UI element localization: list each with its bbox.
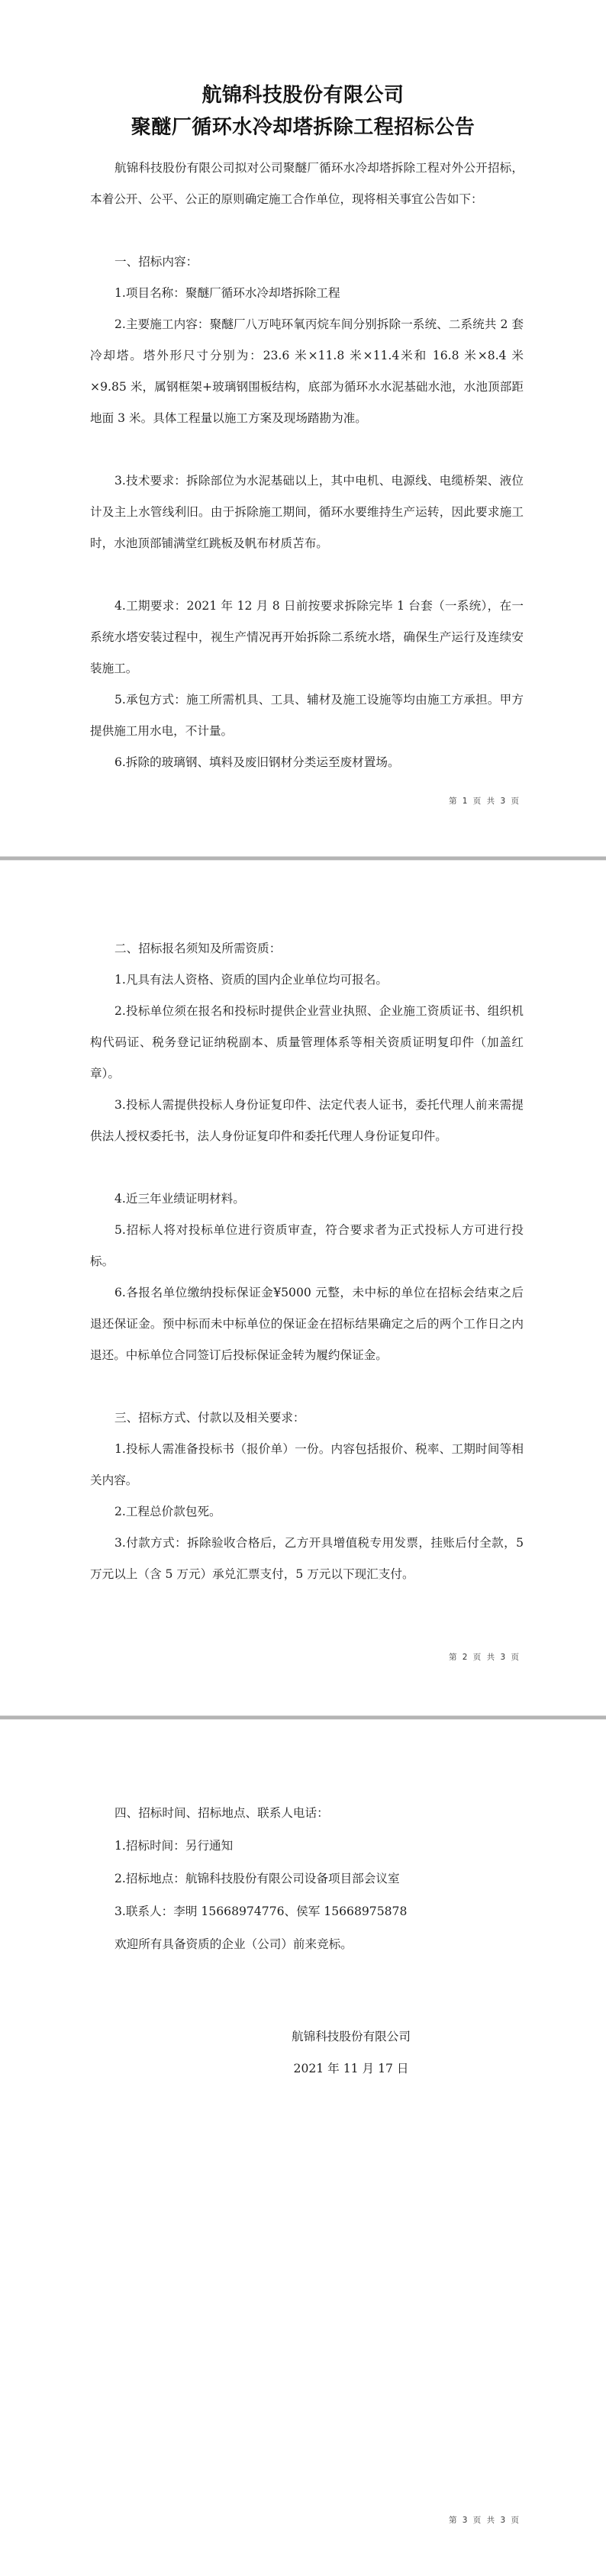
section-3-item-3: 3.付款方式：拆除验收合格后，乙方开具增值税专用发票，挂账后付全款，5 万元以上…	[90, 1528, 524, 1590]
intro-paragraph: 航锦科技股份有限公司拟对公司聚醚厂循环水冷却塔拆除工程对外公开招标，本着公开、公…	[90, 153, 524, 215]
section-1-item-5: 5.承包方式：施工所需机具、工具、辅材及施工设施等均由施工方承担。甲方提供施工用…	[90, 684, 524, 747]
signature-date: 2021 年 11 月 17 日	[275, 2059, 427, 2076]
section-2-item-3: 3.投标人需提供投标人身份证复印件、法定代表人证书，委托代理人前来需提供法人授权…	[90, 1090, 524, 1152]
section-4-heading: 四、招标时间、招标地点、联系人电话：	[114, 1798, 524, 1829]
section-1-item-2: 2.主要施工内容：聚醚厂八万吨环氧丙烷车间分别拆除一系统、二系统共 2 套冷却塔…	[90, 309, 524, 434]
section-2-heading: 二、招标报名须知及所需资质：	[90, 933, 524, 964]
section-1-item-1: 1.项目名称：聚醚厂循环水冷却塔拆除工程	[90, 278, 524, 309]
section-2-item-6: 6.各报名单位缴纳投标保证金¥5000 元整，未中标的单位在招标会结束之后退还保…	[90, 1277, 524, 1371]
section-2-item-2: 2.投标单位须在报名和投标时提供企业营业执照、企业施工资质证书、组织机构代码证、…	[90, 996, 524, 1090]
section-1-item-6: 6.拆除的玻璃钢、填料及废旧钢材分类运至废材置场。	[90, 747, 524, 778]
document-title-company: 航锦科技股份有限公司	[0, 79, 606, 108]
section-1-heading: 一、招标内容：	[90, 246, 524, 278]
section-1-item-3: 3.技术要求：拆除部位为水泥基础以上，其中电机、电源线、电缆桥架、液位计及主上水…	[90, 465, 524, 559]
signature-company: 航锦科技股份有限公司	[275, 2027, 427, 2044]
section-4-item-1: 1.招标时间：另行通知	[114, 1831, 524, 1862]
page-3: 四、招标时间、招标地点、联系人电话： 1.招标时间：另行通知 2.招标地点：航锦…	[0, 1720, 606, 2576]
document-title-notice: 聚醚厂循环水冷却塔拆除工程招标公告	[0, 111, 606, 140]
section-4-item-2: 2.招标地点：航锦科技股份有限公司设备项目部会议室	[114, 1863, 524, 1895]
section-3-item-2: 2.工程总价款包死。	[90, 1496, 524, 1528]
section-3-item-1: 1.投标人需准备投标书（报价单）一份。内容包括报价、税率、工期时间等相关内容。	[90, 1434, 524, 1496]
section-2-item-1: 1.凡具有法人资格、资质的国内企业单位均可报名。	[90, 964, 524, 996]
section-4-item-3: 3.联系人：李明 15668974776、侯军 15668975878	[114, 1896, 524, 1927]
section-1-item-4: 4.工期要求：2021 年 12 月 8 日前按要求拆除完毕 1 台套（一系统）…	[90, 591, 524, 684]
page-footer-1: 第 1 页 共 3 页	[382, 795, 521, 807]
section-2-item-4: 4.近三年业绩证明材料。	[90, 1183, 524, 1215]
section-3-heading: 三、招标方式、付款以及相关要求：	[90, 1402, 524, 1434]
page-footer-3: 第 3 页 共 3 页	[382, 2514, 521, 2526]
page-footer-2: 第 2 页 共 3 页	[382, 1651, 521, 1663]
page-1: 航锦科技股份有限公司 聚醚厂循环水冷却塔拆除工程招标公告 航锦科技股份有限公司拟…	[0, 0, 606, 858]
section-2-item-5: 5.招标人将对投标单位进行资质审查，符合要求者为正式投标人方可进行投标。	[90, 1215, 524, 1277]
page-2: 二、招标报名须知及所需资质： 1.凡具有法人资格、资质的国内企业单位均可报名。 …	[0, 861, 606, 1714]
closing-statement: 欢迎所有具备资质的企业（公司）前来竞标。	[114, 1929, 524, 1960]
